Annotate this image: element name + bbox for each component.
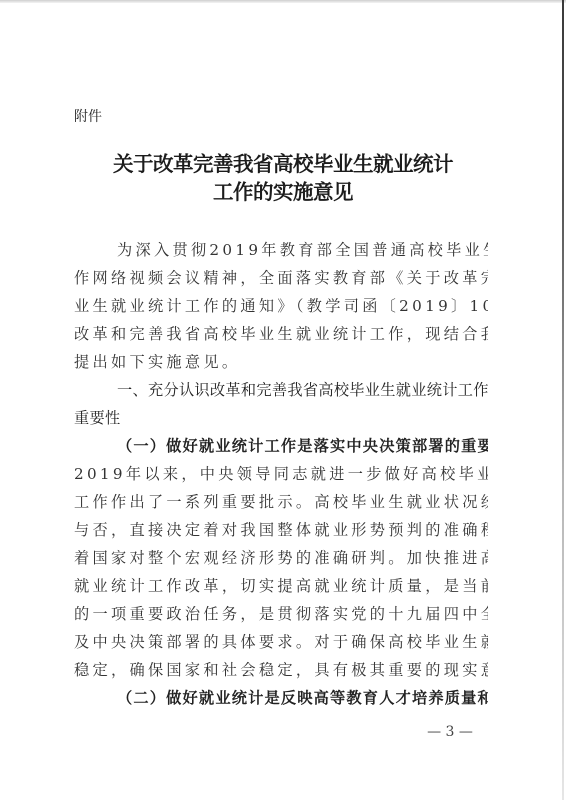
body-line: 着国家对整个宏观经济形势的准确研判。加快推进高校毕业生 [74,544,488,572]
subsection-1-heading: （一）做好就业统计工作是落实中央决策部署的重要举措。 [74,432,488,460]
intro-line: 业生就业统计工作的通知》（教学司函〔2019〕106号）要求， [74,292,488,320]
subsection-2-heading: （二）做好就业统计是反映高等教育人才培养质量和水平 [74,684,488,712]
section-heading-line: 一、充分认识改革和完善我省高校毕业生就业统计工作的 [74,376,488,404]
body-line: 的一项重要政治任务，是贯彻落实党的十九届四中全会精神以 [74,600,488,628]
body-line: 工作作出了一系列重要批示。高校毕业生就业状况统计的准确 [74,488,488,516]
intro-line: 提出如下实施意见。 [74,348,488,376]
intro-line: 改革和完善我省高校毕业生就业统计工作，现结合我省实际， [74,320,488,348]
section-1-heading: 一、充分认识改革和完善我省高校毕业生就业统计工作的 重要性 [74,376,488,432]
intro-line: 为深入贯彻2019年教育部全国普通高校毕业生就业统计工 [74,236,488,264]
document-page: 附件 关于改革完善我省高校毕业生就业统计 工作的实施意见 为深入贯彻2019年教… [0,0,566,800]
page-number: — 3 — [420,724,480,740]
section-heading-line: 重要性 [74,404,488,432]
title-line-2: 工作的实施意见 [60,178,506,206]
document-body: 为深入贯彻2019年教育部全国普通高校毕业生就业统计工 作网络视频会议精神，全面… [74,236,488,712]
title-line-1: 关于改革完善我省高校毕业生就业统计 [60,150,506,178]
subsection-2: （二）做好就业统计是反映高等教育人才培养质量和水平 [74,684,488,712]
attachment-label: 附件 [74,109,102,125]
intro-line: 作网络视频会议精神，全面落实教育部《关于改革完善高校毕 [74,264,488,292]
subsection-1: （一）做好就业统计工作是落实中央决策部署的重要举措。 2019年以来，中央领导同… [74,432,488,684]
body-line: 稳定，确保国家和社会稳定，具有极其重要的现实意义。 [74,656,488,684]
document-title: 关于改革完善我省高校毕业生就业统计 工作的实施意见 [60,150,506,206]
body-line: 与否，直接决定着对我国整体就业形势预判的准确程度，关系 [74,516,488,544]
body-line: 就业统计工作改革，切实提高就业统计质量，是当前就业工作 [74,572,488,600]
body-line: 及中央决策部署的具体要求。对于确保高校毕业生就业大局的 [74,628,488,656]
intro-paragraph: 为深入贯彻2019年教育部全国普通高校毕业生就业统计工 作网络视频会议精神，全面… [74,236,488,376]
body-line: 2019年以来，中央领导同志就进一步做好高校毕业生就业统计 [74,460,488,488]
